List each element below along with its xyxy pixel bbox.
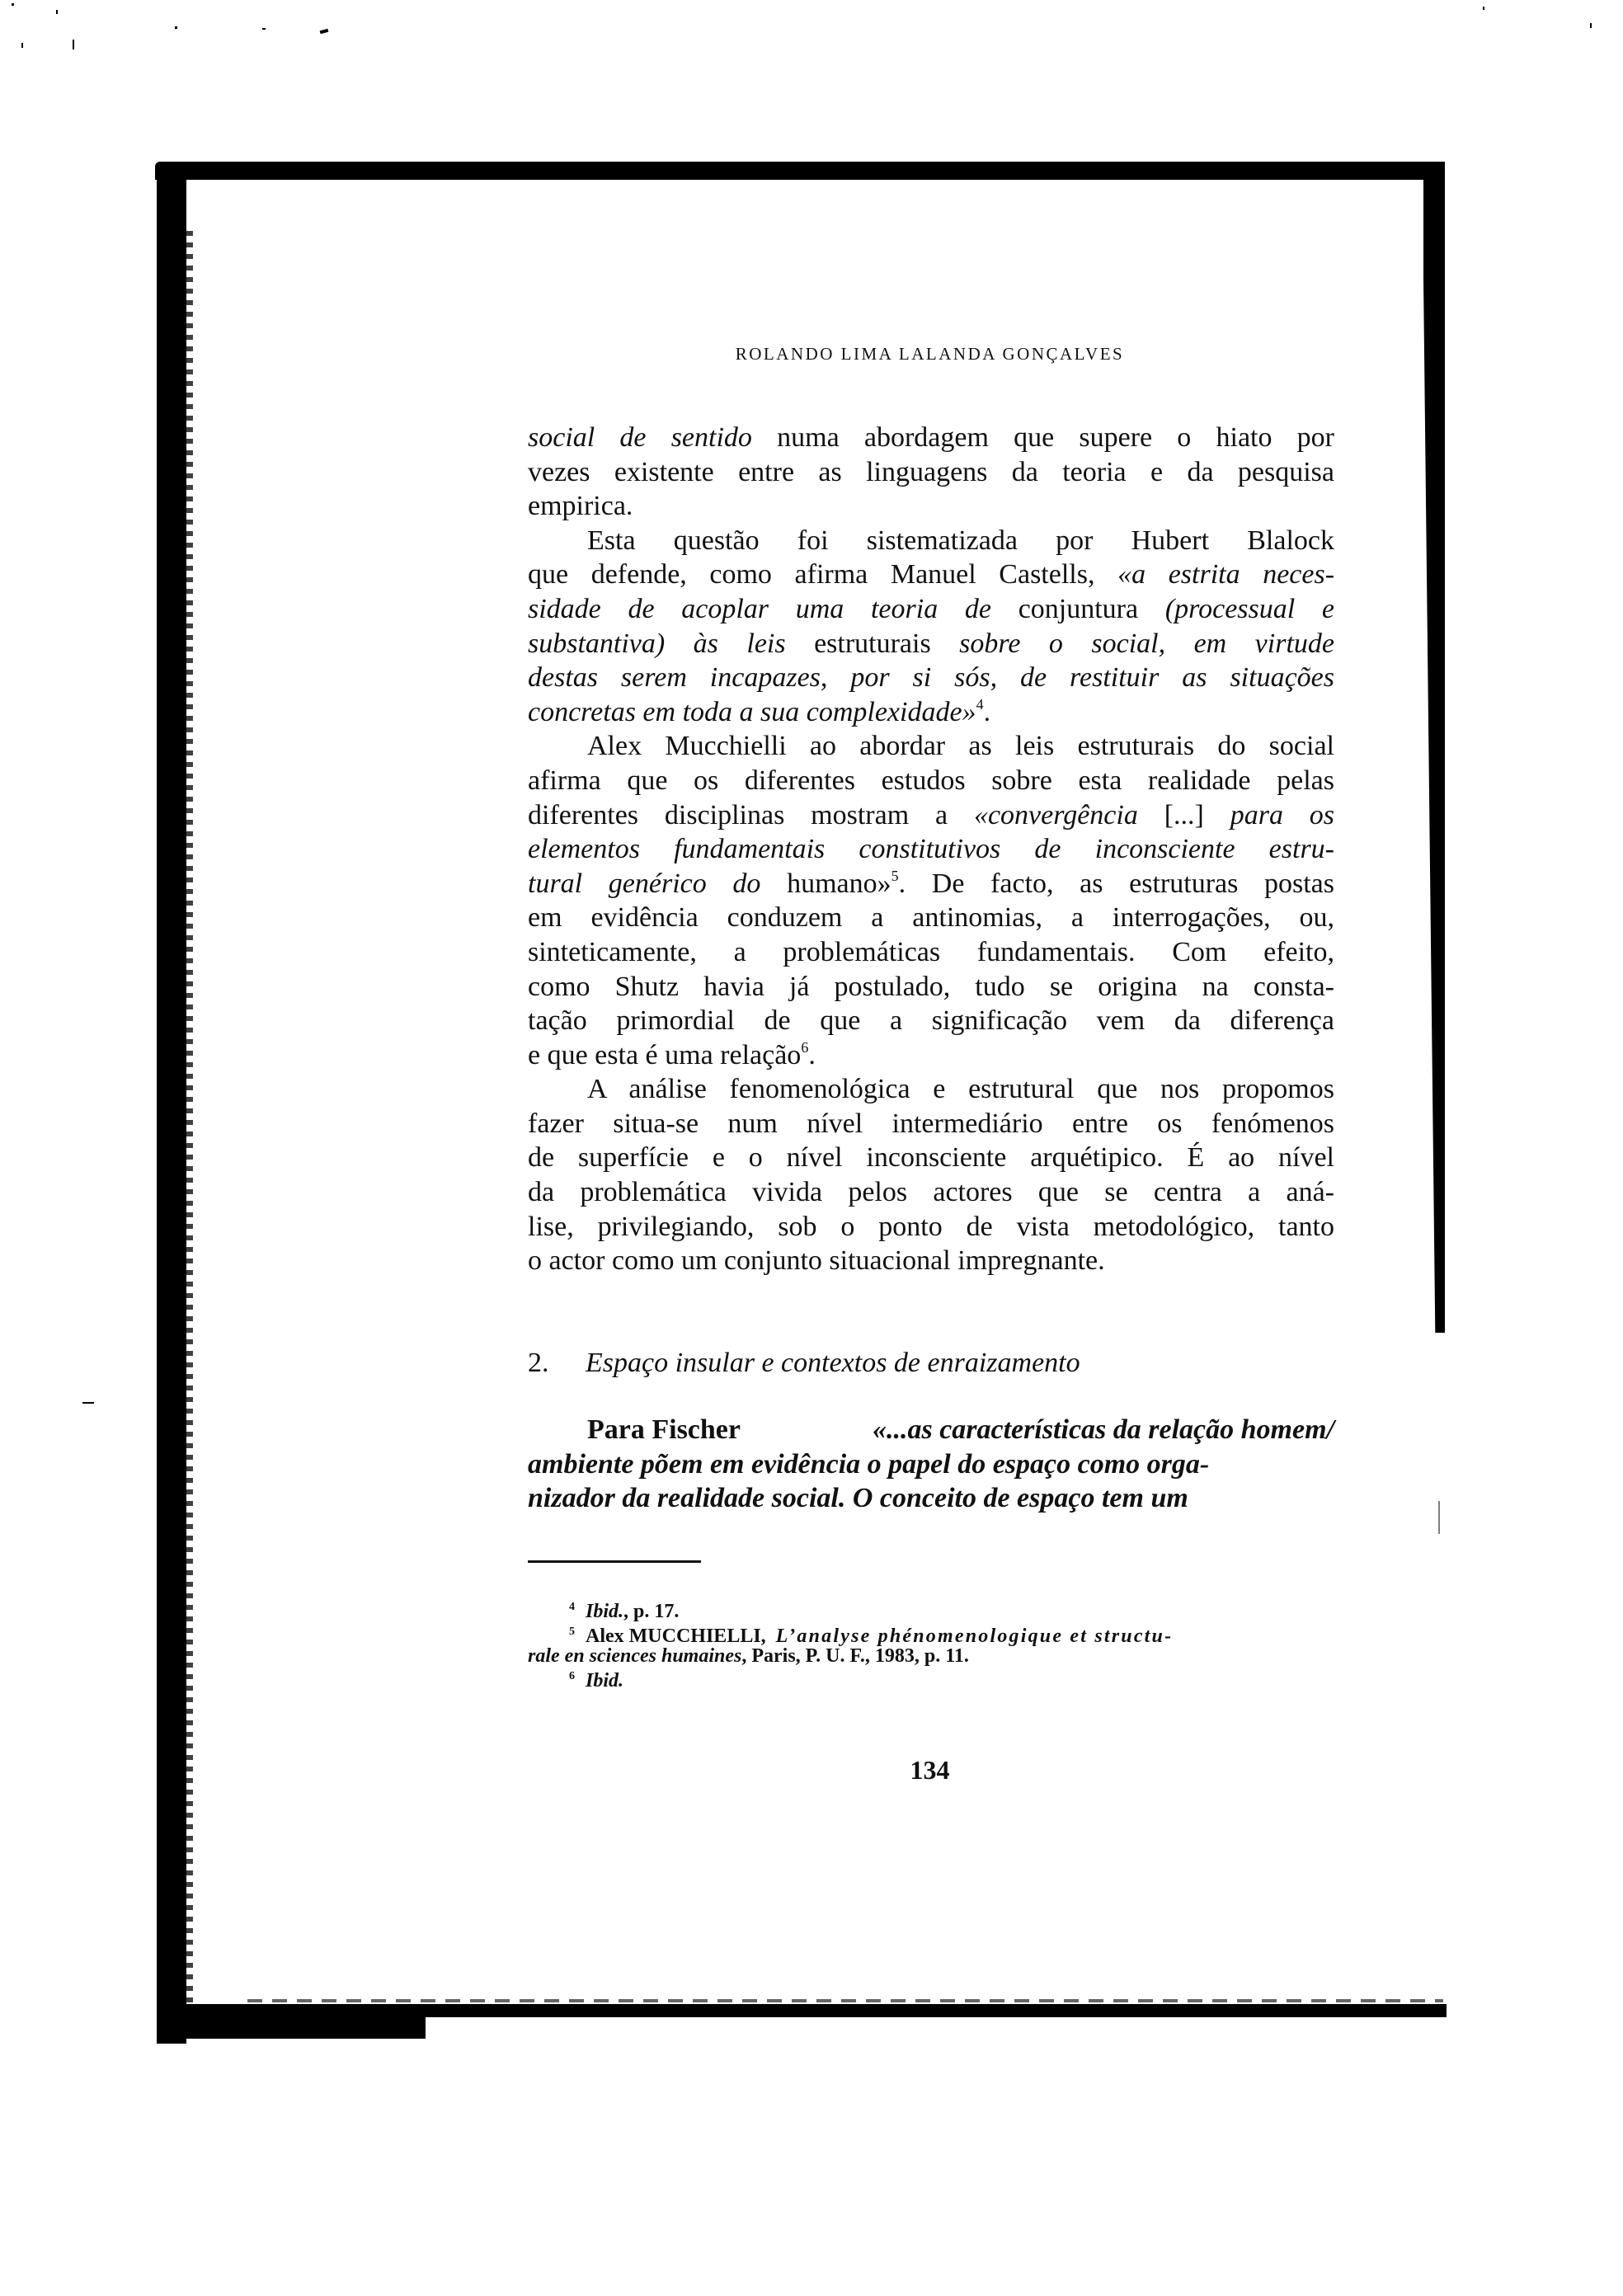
text-italic: «...as características da relação homem/ — [873, 1413, 1334, 1447]
footnote-marker: 4 — [569, 1597, 586, 1618]
footnote-5-cont: rale en sciences humaines, Paris, P. U. … — [528, 1646, 1334, 1667]
text: conjuntura — [1018, 594, 1138, 624]
text-line: Esta questão foi sistematizada por Huber… — [528, 524, 1334, 558]
footnote-5: 5Alex MUCCHIELLI, L’analyse phénomenolog… — [528, 1622, 1334, 1647]
text: humano» — [787, 868, 891, 899]
scan-frame-left-noise — [186, 231, 193, 2021]
text: . De facto, as estruturas postas — [899, 868, 1334, 899]
text-italic: «a estrita neces- — [1117, 559, 1334, 590]
text-italic: para os — [1230, 800, 1334, 830]
scan-speck — [320, 29, 329, 34]
text-italic: (processual e — [1165, 594, 1334, 624]
text-italic: L’analyse phénomenologique et structu- — [776, 1626, 1174, 1647]
text-line: fazer situa-se num nível intermediário e… — [528, 1107, 1334, 1141]
text-italic: ambiente põem em evidência o papel do es… — [528, 1447, 1209, 1482]
scan-speck — [82, 1402, 94, 1404]
text-italic: substantiva) às leis — [528, 628, 786, 659]
section-title: Espaço insular e contextos de enraizamen… — [586, 1348, 1080, 1378]
text-line: empirica. — [528, 489, 1334, 524]
scan-frame-bottom-left — [162, 2017, 426, 2039]
footnote-rule — [528, 1560, 701, 1563]
text-line: da problemática vivida pelos actores que… — [528, 1175, 1334, 1210]
scan-speck — [1483, 7, 1484, 10]
text-line: de superfície e o nível inconsciente arq… — [528, 1141, 1334, 1175]
text: estruturais — [814, 628, 931, 659]
footnote-4: 4Ibid., p. 17. — [528, 1597, 1334, 1622]
paragraph: social de sentido numa abordagem que sup… — [528, 421, 1334, 524]
scan-speck — [1438, 1501, 1440, 1534]
text: , p. 17. — [623, 1601, 679, 1622]
text-italic: tural genérico do — [528, 868, 760, 899]
text-line: A análise fenomenológica e estrutural qu… — [528, 1072, 1334, 1107]
text-italic: sobre o social, em virtude — [959, 628, 1334, 659]
text: Para Fischer — [587, 1413, 741, 1447]
page-number: 134 — [525, 1755, 1334, 1786]
text-line: vezes existente entre as linguagens da t… — [528, 455, 1334, 490]
text-italic: elementos fundamentais constitutivos de … — [528, 834, 1334, 864]
text-line: lise, privilegiando, sob o ponto de vist… — [528, 1210, 1334, 1244]
text-line: em evidência conduzem a antinomias, a in… — [528, 901, 1334, 935]
scan-speck — [73, 40, 74, 49]
text: [...] — [1164, 800, 1204, 830]
text-line: o actor como um conjunto situacional imp… — [528, 1244, 1334, 1278]
paragraph: A análise fenomenológica e estrutural qu… — [528, 1072, 1334, 1278]
footnote-ref: 6 — [801, 1039, 808, 1056]
text-line: tação primordial de que a significação v… — [528, 1004, 1334, 1038]
scan-frame-right — [1423, 162, 1445, 1333]
scan-frame-left — [157, 173, 186, 2044]
scan-speck — [56, 10, 58, 14]
running-head: ROLANDO LIMA LALANDA GONÇALVES — [525, 344, 1334, 365]
scan-speck — [1590, 23, 1592, 28]
quote-paragraph: Para Fischer «...as características da r… — [528, 1413, 1334, 1516]
text-italic: social de sentido — [528, 422, 752, 453]
footnote-marker: 6 — [569, 1667, 586, 1687]
scan-speck — [175, 26, 177, 29]
text: e que esta é uma relação — [528, 1040, 801, 1070]
text-line: Alex Mucchielli ao abordar as leis estru… — [528, 729, 1334, 764]
text-line: sinteticamente, a problemáticas fundamen… — [528, 935, 1334, 970]
text-italic: Ibid. — [586, 1601, 623, 1622]
scan-frame-top — [155, 162, 1445, 180]
section-number: 2. — [528, 1348, 586, 1379]
footnote-ref: 4 — [976, 696, 984, 713]
text-italic: concretas em toda a sua complexidade» — [528, 697, 976, 727]
text: , Paris, P. U. F., 1983, p. 11. — [741, 1645, 969, 1667]
footnote-ref: 5 — [891, 868, 899, 884]
text-italic: Ibid. — [586, 1670, 623, 1691]
footnote-6: 6Ibid. — [528, 1667, 1334, 1691]
text-italic: rale en sciences humaines — [528, 1645, 741, 1667]
text: Alex MUCCHIELLI, — [586, 1626, 766, 1647]
text-line: afirma que os diferentes estudos sobre e… — [528, 764, 1334, 798]
text: . — [984, 697, 991, 727]
text-line: como Shutz havia já postulado, tudo se o… — [528, 970, 1334, 1004]
scanned-page: ROLANDO LIMA LALANDA GONÇALVES social de… — [0, 0, 1623, 2296]
text: . — [808, 1040, 816, 1070]
text: numa abordagem que supere o hiato por — [777, 422, 1334, 453]
footnotes: 4Ibid., p. 17. 5Alex MUCCHIELLI, L’analy… — [528, 1597, 1334, 1691]
text: diferentes disciplinas mostram a — [528, 800, 948, 830]
scan-speck — [12, 3, 14, 6]
text: que defende, como afirma Manuel Castells… — [528, 559, 1094, 590]
text-italic: «convergência — [974, 800, 1138, 830]
text-italic: sidade de acoplar uma teoria de — [528, 594, 991, 624]
section-heading: 2.Espaço insular e contextos de enraizam… — [528, 1348, 1334, 1379]
paragraph: Esta questão foi sistematizada por Huber… — [528, 524, 1334, 730]
footnote-marker: 5 — [569, 1622, 586, 1643]
text-italic: nizador da realidade social. O conceito … — [528, 1481, 1188, 1516]
paragraph: Alex Mucchielli ao abordar as leis estru… — [528, 729, 1334, 1072]
body-text: social de sentido numa abordagem que sup… — [528, 421, 1334, 1278]
scan-frame-bottom — [162, 2004, 1447, 2017]
scan-frame-bottom-noise — [247, 1999, 1443, 2002]
scan-speck — [262, 28, 266, 30]
scan-speck — [21, 43, 23, 48]
text-italic: destas serem incapazes, por si sós, de r… — [528, 662, 1334, 693]
